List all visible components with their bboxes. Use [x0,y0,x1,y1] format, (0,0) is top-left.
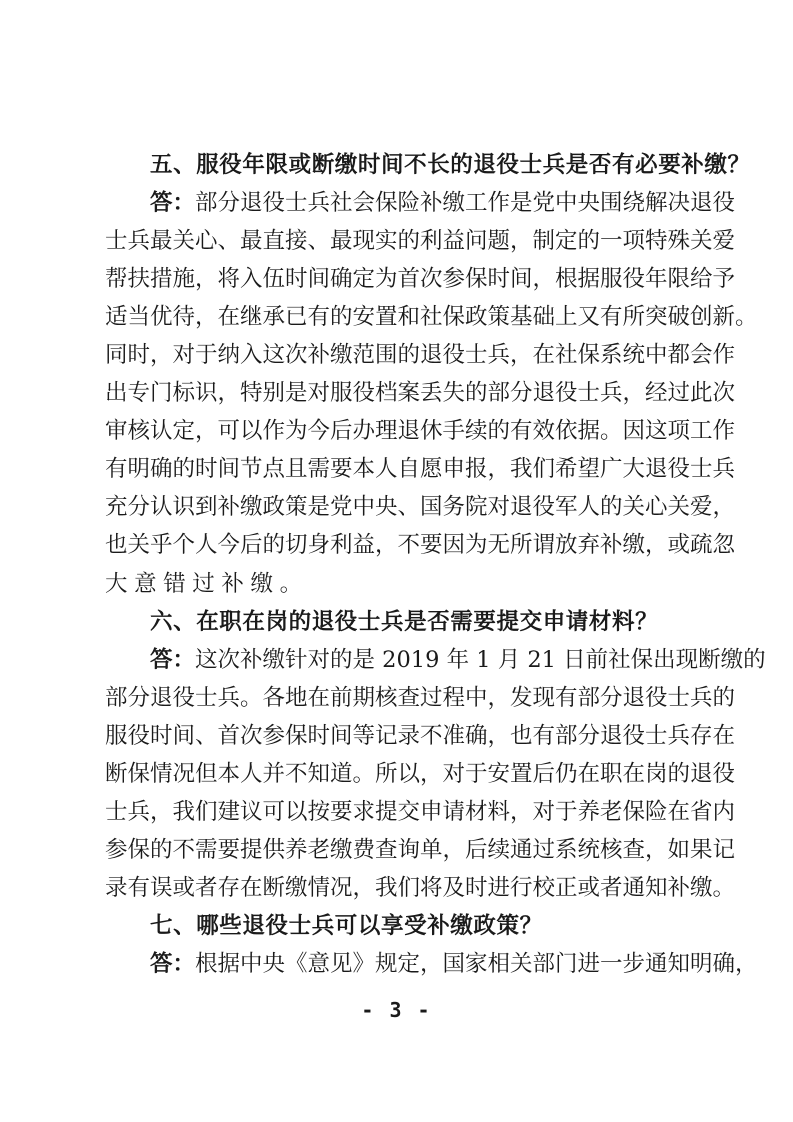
answer-paragraph-first-line: 答：部分退役士兵社会保险补缴工作是党中央围绕解决退役 [105,184,691,222]
page-number: - 3 - [0,998,793,1022]
answer-label: 答： [150,190,195,216]
answer-line: 参保的不需要提供养老缴费查询单，后续通过系统核查，如果记 [105,831,691,869]
answer-line: 断保情况但本人并不知道。所以，对于安置后仍在职在岗的退役 [105,755,691,793]
answer-line: 录有误或者存在断缴情况，我们将及时进行校正或者通知补缴。 [105,869,691,907]
section-heading-7: 七、哪些退役士兵可以享受补缴政策？ [105,907,691,945]
section-heading-6: 六、在职在岗的退役士兵是否需要提交申请材料？ [105,603,691,641]
section-heading-5: 五、服役年限或断缴时间不长的退役士兵是否有必要补缴？ [105,146,691,184]
answer-text: 根据中央《意见》规定，国家相关部门进一步通知明确， [195,951,758,977]
answer-paragraph-first-line: 答：根据中央《意见》规定，国家相关部门进一步通知明确， [105,945,691,983]
answer-line: 审核认定，可以作为今后办理退休手续的有效依据。因这项工作 [105,412,691,450]
answer-line: 大意错过补缴。 [105,565,691,603]
answer-line: 部分退役士兵。各地在前期核查过程中，发现有部分退役士兵的 [105,679,691,717]
answer-line: 也关乎个人今后的切身利益，不要因为无所谓放弃补缴，或疏忽 [105,526,691,564]
answer-text: 部分退役士兵社会保险补缴工作是党中央围绕解决退役 [195,190,735,216]
answer-line: 有明确的时间节点且需要本人自愿申报，我们希望广大退役士兵 [105,450,691,488]
document-page: 五、服役年限或断缴时间不长的退役士兵是否有必要补缴？ 答：部分退役士兵社会保险补… [0,0,793,1122]
answer-line: 适当优待，在继承已有的安置和社保政策基础上又有所突破创新。 [105,298,691,336]
answer-line: 出专门标识，特别是对服役档案丢失的部分退役士兵，经过此次 [105,374,691,412]
answer-line: 服役时间、首次参保时间等记录不准确，也有部分退役士兵存在 [105,717,691,755]
document-body: 五、服役年限或断缴时间不长的退役士兵是否有必要补缴？ 答：部分退役士兵社会保险补… [105,146,691,983]
answer-line: 士兵，我们建议可以按要求提交申请材料，对于养老保险在省内 [105,793,691,831]
answer-label: 答： [150,647,195,673]
answer-line: 士兵最关心、最直接、最现实的利益问题，制定的一项特殊关爱 [105,222,691,260]
answer-text: 这次补缴针对的是 2019 年 1 月 21 日前社保出现断缴的 [195,647,766,673]
answer-line: 充分认识到补缴政策是党中央、国务院对退役军人的关心关爱， [105,488,691,526]
answer-label: 答： [150,951,195,977]
answer-line: 同时，对于纳入这次补缴范围的退役士兵，在社保系统中都会作 [105,336,691,374]
answer-line: 帮扶措施，将入伍时间确定为首次参保时间，根据服役年限给予 [105,260,691,298]
answer-paragraph-first-line: 答：这次补缴针对的是 2019 年 1 月 21 日前社保出现断缴的 [105,641,691,679]
